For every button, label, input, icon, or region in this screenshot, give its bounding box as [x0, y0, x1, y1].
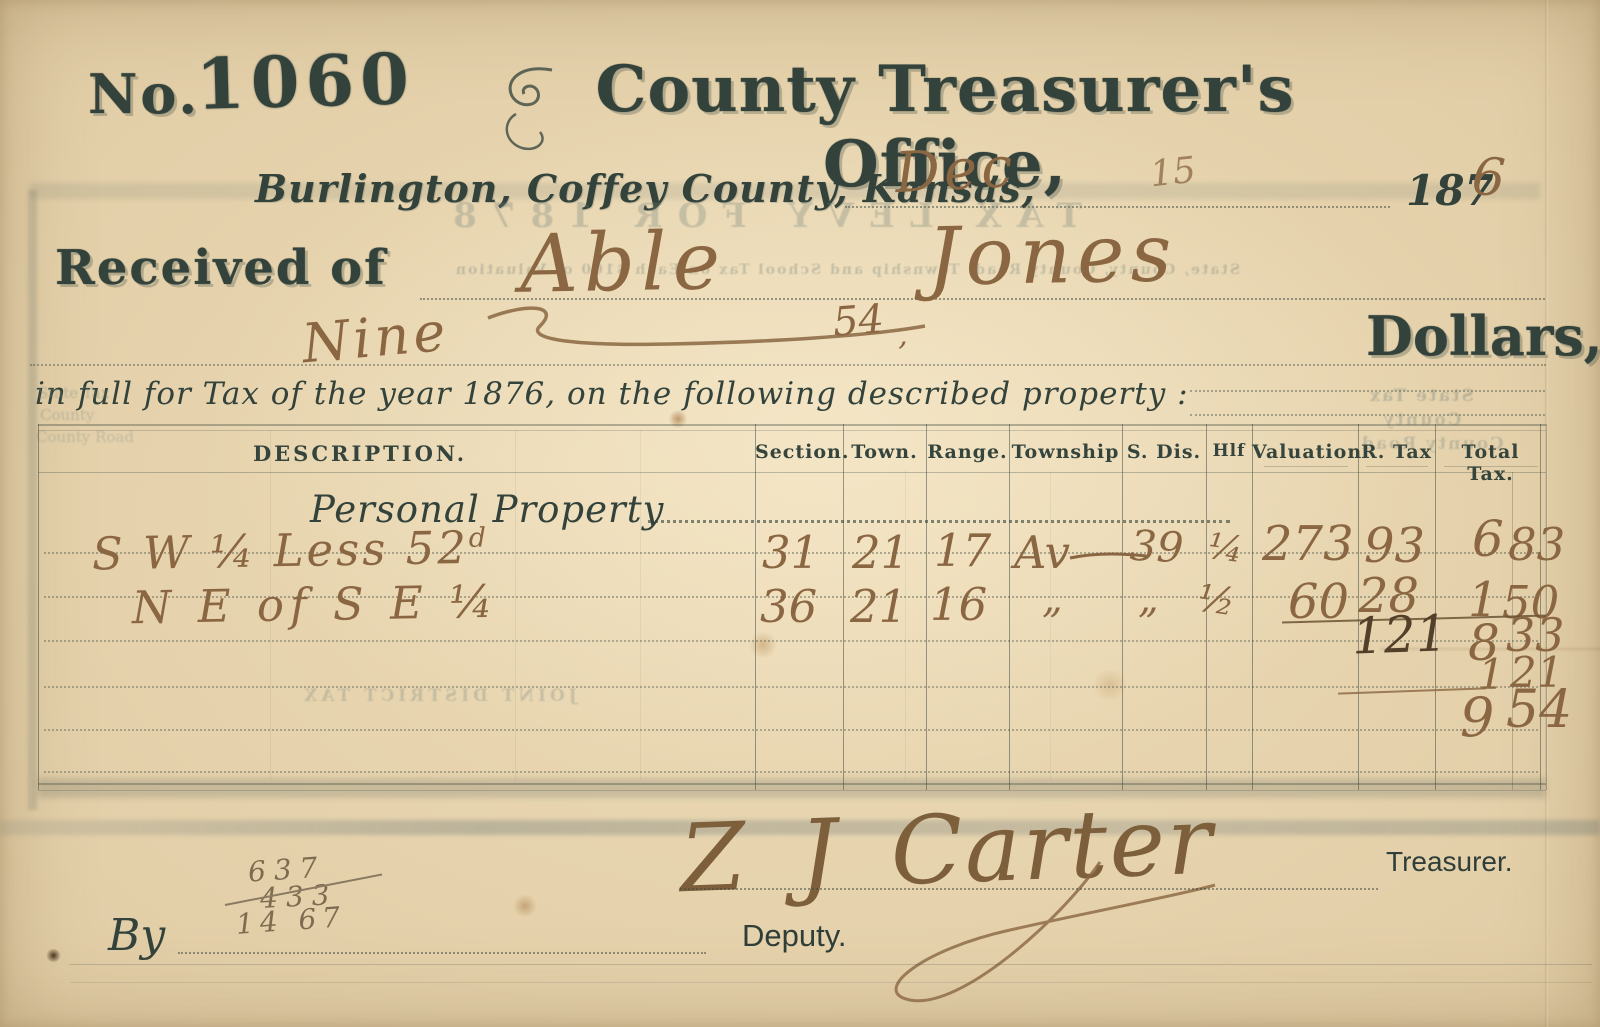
tax-receipt-document: No. 1060 County Treasurer's Office, Burl…	[0, 0, 1600, 1027]
row2-description: N E of S E ¼	[132, 575, 500, 634]
bleedthrough-county: County	[1382, 410, 1461, 430]
col-header-township: Township	[1009, 441, 1122, 463]
header-underline	[38, 472, 1546, 473]
header-rule-totaltax	[1444, 466, 1538, 467]
signature-line	[680, 888, 1378, 890]
deputy-signature-line	[178, 952, 706, 954]
handwritten-payer-name: Able Jones	[519, 206, 1178, 310]
row1-range: 17	[934, 524, 991, 577]
stain-spot	[512, 895, 538, 917]
row5-total-dollars: 9	[1460, 686, 1494, 749]
bleedthrough-left-margin-2: County	[40, 406, 94, 424]
row1-town: 21	[852, 526, 909, 579]
stain-spot	[1090, 670, 1130, 700]
bleedthrough-state-tax: State Tax	[1368, 386, 1474, 406]
bottom-rule-2	[70, 982, 1592, 983]
pencil-note-line3: 14 67	[235, 900, 347, 941]
table-bottom-smudge	[38, 778, 1546, 798]
left-bleed-border	[28, 190, 37, 810]
header-rule-valuation	[1264, 466, 1348, 467]
row2-sdis-ditto: „	[1138, 576, 1159, 622]
row2-township-ditto: „	[1042, 576, 1063, 622]
deputy-label: Deputy.	[742, 918, 847, 954]
stain-spot	[748, 632, 778, 658]
col-line-section	[755, 424, 756, 790]
row2-section: 36	[760, 580, 817, 633]
amount-writing-line	[30, 364, 1546, 366]
amount-tick-mark: ‚	[898, 318, 908, 353]
row1-section: 31	[762, 526, 819, 579]
received-of-label: Received of	[55, 240, 387, 296]
col-header-hlf: Hlf	[1206, 441, 1252, 461]
row2-town: 21	[850, 580, 907, 633]
col-line-town	[843, 424, 844, 790]
row1-description-sup: d	[468, 523, 489, 554]
row1-hlf: ¼	[1205, 526, 1245, 571]
row-rule	[44, 686, 1538, 688]
table-left-border	[38, 424, 39, 790]
row5-total-cents: 54	[1506, 680, 1572, 740]
table-top-border-inner	[38, 430, 1546, 431]
table-top-border	[38, 424, 1546, 426]
col-line-range	[926, 424, 927, 790]
col-header-section: Section.	[755, 441, 843, 463]
row1-rtax: 93	[1364, 518, 1425, 574]
col-header-town: Town.	[843, 441, 926, 463]
col-header-totaltax: Total Tax.	[1435, 441, 1546, 485]
leader-dots-2	[1190, 414, 1545, 416]
col-line-sdis	[1122, 424, 1123, 790]
row-rule	[44, 640, 1538, 642]
handwritten-year-digit: 6	[1470, 147, 1507, 209]
receipt-number-label: No.	[88, 62, 200, 126]
treasurer-label: Treasurer.	[1386, 846, 1513, 878]
bleedthrough-left-margin-1: State Tax	[38, 384, 109, 402]
bleedthrough-joint-district: JOINT DISTRICT TAX	[300, 686, 577, 706]
row1-valuation: 273	[1262, 516, 1354, 572]
col-line-township	[1009, 424, 1010, 790]
row1-township: Av	[1014, 526, 1070, 579]
row1-description-text: S W ¼ Less 52	[92, 521, 470, 581]
row1-sdis: 39	[1129, 521, 1185, 573]
col-header-rtax: R. Tax	[1358, 441, 1435, 463]
row3-rtax-sum: 121	[1351, 604, 1448, 665]
row-rule	[44, 729, 1538, 731]
signature-flourish	[800, 860, 1220, 1025]
header-rule-rtax	[1366, 466, 1428, 467]
row1-total-dollars: 6	[1472, 510, 1504, 568]
col-header-range: Range.	[926, 441, 1009, 463]
handwritten-amount-cents: 54	[831, 296, 885, 345]
col-line-valuation	[1252, 424, 1253, 790]
row1-description: S W ¼ Less 52d	[92, 521, 490, 581]
dollars-label: Dollars,	[1366, 304, 1600, 368]
bleed-grid-line	[515, 430, 516, 780]
in-full-line: in full for Tax of the year 1876, on the…	[35, 376, 1189, 412]
ink-dot	[46, 949, 61, 962]
bleed-grid-line	[640, 430, 641, 780]
col-header-sdis: S. Dis.	[1122, 441, 1206, 463]
col-header-valuation: Valuation	[1252, 441, 1358, 463]
row1-total-cents: 83	[1508, 518, 1565, 571]
bottom-rule-1	[70, 964, 1592, 965]
handwritten-day: 15	[1148, 150, 1198, 196]
receipt-number-stamp: 1060	[195, 37, 416, 126]
row-rule	[44, 771, 1538, 773]
bleed-grid-line	[1050, 470, 1051, 780]
by-label: By	[108, 910, 165, 961]
col-header-description: DESCRIPTION.	[150, 441, 570, 466]
row2-range: 16	[930, 578, 987, 631]
row2-hlf: ½	[1195, 576, 1238, 625]
